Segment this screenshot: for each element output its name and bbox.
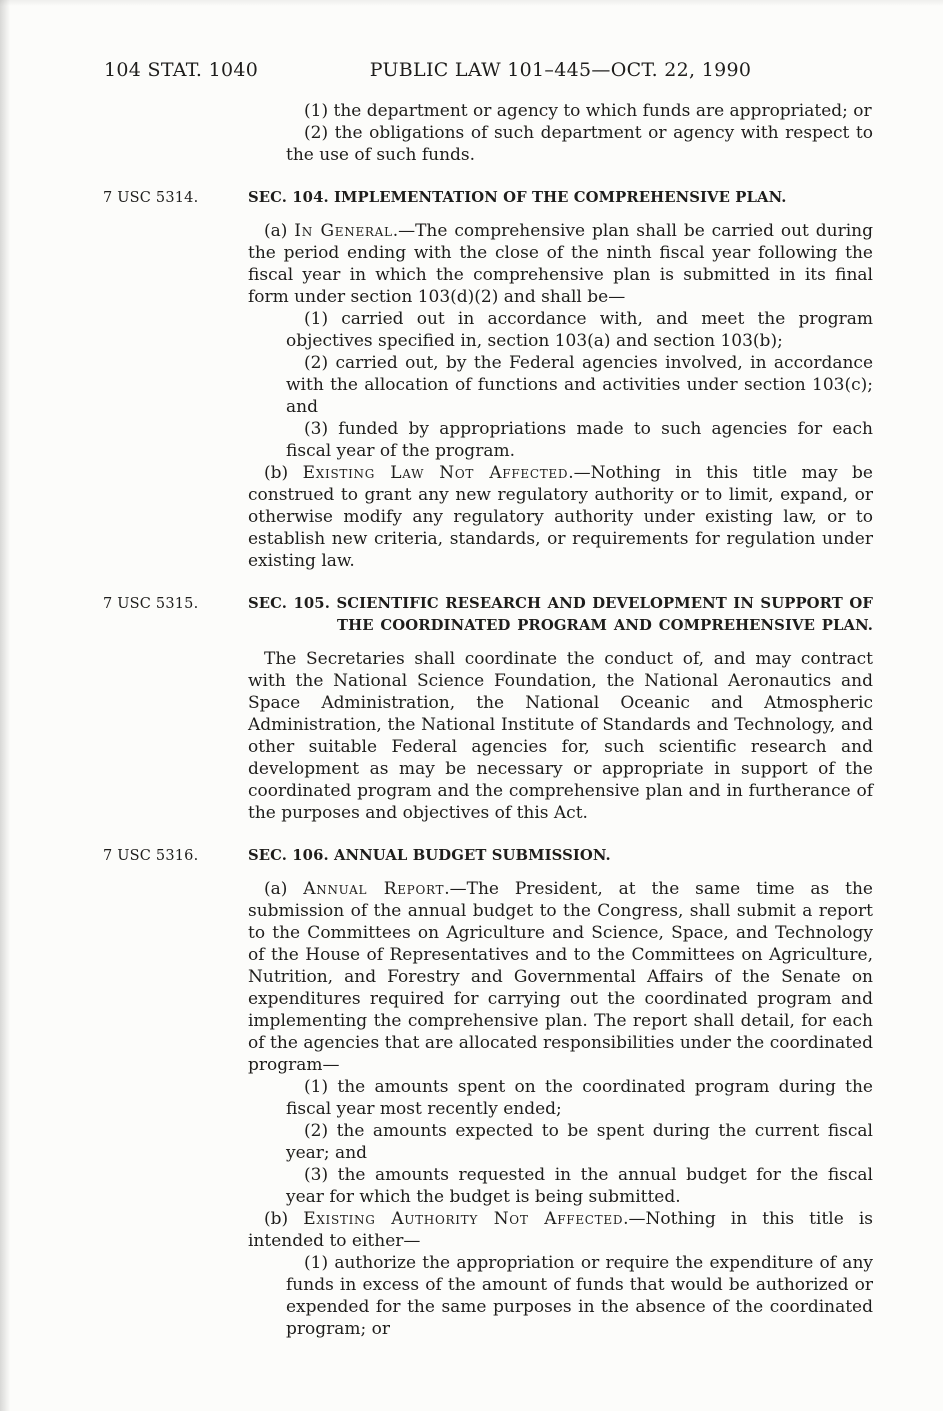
section-105: 7 USC 5315. SEC. 105. SCIENTIFIC RESEARC… [248, 572, 873, 824]
subsection-label: (a) [264, 879, 303, 899]
list-item: (1) the department or agency to which fu… [286, 100, 873, 122]
section-106: 7 USC 5316. SEC. 106. ANNUAL BUDGET SUBM… [248, 824, 873, 1340]
list-item: (2) the amounts expected to be spent dur… [286, 1120, 873, 1164]
page-number-stat: 104 STAT. 1040 [104, 59, 258, 81]
section-body-paragraph: The Secretaries shall coordinate the con… [248, 648, 873, 824]
section-104: 7 USC 5314. SEC. 104. IMPLEMENTATION OF … [248, 166, 873, 572]
text-column: (1) the department or agency to which fu… [248, 100, 873, 1340]
section-heading: SEC. 106. ANNUAL BUDGET SUBMISSION. [248, 845, 873, 867]
subsection-smallcaps-lead: Existing Law Not Affected [303, 463, 569, 483]
subsection-label: (a) [264, 221, 294, 241]
us-code-margin-note: 7 USC 5316. [103, 847, 233, 865]
heading-line-2: THE COORDINATED PROGRAM AND COMPREHENSIV… [337, 617, 873, 634]
section-heading: SEC. 104. IMPLEMENTATION OF THE COMPREHE… [248, 187, 873, 209]
subsection-smallcaps-lead: In General [294, 221, 392, 241]
subsection-a: (a) In General.—The comprehensive plan s… [248, 220, 873, 308]
subsection-smallcaps-lead: Annual Report [303, 879, 444, 899]
subsection-b: (b) Existing Law Not Affected.—Nothing i… [248, 462, 873, 572]
list-item: (3) the amounts requested in the annual … [286, 1164, 873, 1208]
statute-page: 104 STAT. 1040 PUBLIC LAW 101–445—OCT. 2… [0, 0, 943, 1411]
running-head-law-title: PUBLIC LAW 101–445—OCT. 22, 1990 [248, 59, 873, 81]
subsection-b: (b) Existing Authority Not Affected.—Not… [248, 1208, 873, 1252]
subsection-label: (b) [264, 1209, 303, 1229]
list-item: (1) authorize the appropriation or requi… [286, 1252, 873, 1340]
list-item: (2) the obligations of such department o… [286, 122, 873, 166]
subsection-text: .—The President, at the same time as the… [248, 879, 873, 1075]
subsection-label: (b) [264, 463, 303, 483]
section-heading: SEC. 105. SCIENTIFIC RESEARCH AND DEVELO… [248, 593, 873, 637]
list-item: (2) carried out, by the Federal agencies… [286, 352, 873, 418]
list-item: (3) funded by appropriations made to suc… [286, 418, 873, 462]
subsection-smallcaps-lead: Existing Authority Not Affected [303, 1209, 623, 1229]
us-code-margin-note: 7 USC 5314. [103, 189, 233, 207]
list-item: (1) the amounts spent on the coordinated… [286, 1076, 873, 1120]
us-code-margin-note: 7 USC 5315. [103, 595, 233, 613]
heading-line-1: SEC. 105. SCIENTIFIC RESEARCH AND DEVELO… [248, 595, 873, 612]
subsection-a: (a) Annual Report.—The President, at the… [248, 878, 873, 1076]
list-item: (1) carried out in accordance with, and … [286, 308, 873, 352]
continued-numbered-list: (1) the department or agency to which fu… [248, 100, 873, 166]
